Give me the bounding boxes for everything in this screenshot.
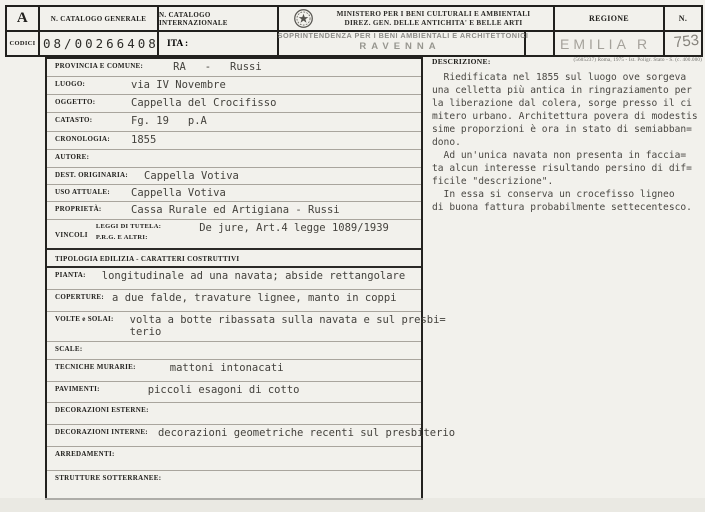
field-uso-attuale: USO ATTUALE: Cappella Votiva xyxy=(47,185,421,202)
field-label: STRUTTURE SOTTERRANEE: xyxy=(55,474,161,482)
field-label: USO ATTUALE: xyxy=(55,188,115,196)
field-arredamenti: ARREDAMENTI: xyxy=(47,447,421,471)
vincoli-sublist: LEGGI DI TUTELA: De jure, Art.4 legge 10… xyxy=(96,223,421,241)
field-label: PROPRIETÀ: xyxy=(55,205,115,213)
ministry-header: MINISTERO PER I BENI CULTURALI E AMBIENT… xyxy=(277,5,555,32)
field-label: VOLTE e SOLAI: xyxy=(55,315,114,323)
description-label: DESCRIZIONE: xyxy=(432,57,702,66)
field-luogo: LUOGO: via IV Novembre xyxy=(47,77,421,95)
field-pavimenti: PAVIMENTI: piccoli esagoni di cotto xyxy=(47,382,421,404)
field-value: Fg. 19 p.A xyxy=(131,115,207,127)
field-label: OGGETTO: xyxy=(55,98,115,106)
field-label: ARREDAMENTI: xyxy=(55,450,115,458)
regione-label: REGIONE xyxy=(553,5,665,32)
field-catasto: CATASTO: Fg. 19 p.A xyxy=(47,113,421,132)
field-label: DEST. ORIGINARIA: xyxy=(55,171,128,179)
field-label: DECORAZIONI ESTERNE: xyxy=(55,406,149,414)
field-label: AUTORE: xyxy=(55,153,115,161)
field-label: PIANTA: xyxy=(55,271,86,279)
numero-handwritten-value: 753 xyxy=(673,32,700,52)
field-value: volta a botte ribassata sulla navata e s… xyxy=(130,314,446,338)
field-value: mattoni intonacati xyxy=(170,362,284,374)
form-fields-column: PROVINCIA E COMUNE: RA - Russi LUOGO: vi… xyxy=(45,57,423,500)
field-value: Cappella Votiva xyxy=(131,187,226,199)
field-proprieta: PROPRIETÀ: Cassa Rurale ed Artigiana - R… xyxy=(47,202,421,220)
field-tecniche-murarie: TECNICHE MURARIE: mattoni intonacati xyxy=(47,360,421,382)
catalogo-internazionale-value: ITA : xyxy=(157,30,279,57)
catalogo-generale-label: N. CATALOGO GENERALE xyxy=(38,5,159,32)
field-label: TECNICHE MURARIE: xyxy=(55,363,136,371)
catalog-card: A CODICI N. CATALOGO GENERALE 08/0026640… xyxy=(0,0,705,512)
field-label: CATASTO: xyxy=(55,116,115,124)
field-volte-e-solai: VOLTE e SOLAI: volta a botte ribassata s… xyxy=(47,312,421,342)
field-strutture-sotterranee: STRUTTURE SOTTERRANEE: xyxy=(47,471,421,500)
field-decorazioni-interne: DECORAZIONI INTERNE: decorazioni geometr… xyxy=(47,425,421,447)
field-label: PAVIMENTI: xyxy=(55,385,100,393)
field-value: 1855 xyxy=(131,134,156,146)
field-vincoli: VINCOLI LEGGI DI TUTELA: De jure, Art.4 … xyxy=(47,220,421,250)
field-label: COPERTURE: xyxy=(55,293,104,301)
soprintendenza-stamp-city: RAVENNA xyxy=(300,41,500,52)
vincoli-label: VINCOLI xyxy=(55,231,88,239)
field-label: DECORAZIONI INTERNE: xyxy=(55,428,148,436)
description-paragraph-2: Ad un'unica navata non presenta in facci… xyxy=(432,149,702,188)
codici-label: CODICI xyxy=(5,30,40,57)
field-provincia-e-comune: PROVINCIA E COMUNE: RA - Russi xyxy=(47,59,421,77)
field-label: CRONOLOGIA: xyxy=(55,135,115,143)
field-value: Cappella Votiva xyxy=(144,170,239,182)
ministry-line1: MINISTERO PER I BENI CULTURALI E AMBIENT… xyxy=(320,10,547,19)
field-value: Cappella del Crocifisso xyxy=(131,97,276,109)
field-autore: AUTORE: xyxy=(47,150,421,168)
field-label: PROVINCIA E COMUNE: xyxy=(55,62,143,70)
field-value: a due falde, travature lignee, manto in … xyxy=(112,292,396,304)
field-decorazioni-esterne: DECORAZIONI ESTERNE: xyxy=(47,403,421,425)
field-value: Cassa Rurale ed Artigiana - Russi xyxy=(131,204,340,216)
numero-label: N. xyxy=(663,5,703,32)
field-label: SCALE: xyxy=(55,345,82,353)
ministry-line2: DIREZ. GEN. DELLE ANTICHITA' E BELLE ART… xyxy=(320,19,547,28)
description-column: DESCRIZIONE: Riedificata nel 1855 sul lu… xyxy=(432,57,702,214)
ministry-title: MINISTERO PER I BENI CULTURALI E AMBIENT… xyxy=(320,10,553,28)
field-oggetto: OGGETTO: Cappella del Crocifisso xyxy=(47,95,421,113)
italy-emblem-icon xyxy=(293,8,314,29)
regione-handwritten-value: EMILIA R xyxy=(560,36,660,52)
vincoli-prg-e-altri: P.R.G. E ALTRI: xyxy=(96,234,421,241)
field-value: longitudinale ad una navata; abside rett… xyxy=(102,270,405,282)
section-header-label: TIPOLOGIA EDILIZIA - CARATTERI COSTRUTTI… xyxy=(55,255,239,263)
field-value: De jure, Art.4 legge 1089/1939 xyxy=(199,222,389,234)
field-label: P.R.G. E ALTRI: xyxy=(96,234,148,241)
soprintendenza-stamp: SOPRINTENDENZA PER I BENI AMBIENTALI E A… xyxy=(277,31,529,40)
field-scale: SCALE: xyxy=(47,342,421,360)
field-value: RA - Russi xyxy=(173,61,262,73)
description-paragraph-1: Riedificata nel 1855 sul luogo ove sorge… xyxy=(432,71,702,149)
field-label: LUOGO: xyxy=(55,80,115,88)
field-dest-originaria: DEST. ORIGINARIA: Cappella Votiva xyxy=(47,168,421,186)
description-paragraph-3: In essa si conserva un crocefisso ligneo… xyxy=(432,188,702,214)
field-pianta: PIANTA: longitudinale ad una navata; abs… xyxy=(47,268,421,290)
field-cronologia: CRONOLOGIA: 1855 xyxy=(47,132,421,150)
field-label: LEGGI DI TUTELA: xyxy=(96,223,161,230)
section-tipologia-edilizia: TIPOLOGIA EDILIZIA - CARATTERI COSTRUTTI… xyxy=(47,250,421,268)
catalogo-internazionale-label: N. CATALOGO INTERNAZIONALE xyxy=(157,5,279,32)
field-value: piccoli esagoni di cotto xyxy=(148,384,300,396)
field-value: via IV Novembre xyxy=(131,79,226,91)
card-type-letter: A xyxy=(5,5,40,32)
field-value: decorazioni geometriche recenti sul pres… xyxy=(158,427,455,439)
catalogo-generale-number: 08/00266408 xyxy=(38,30,159,57)
vincoli-leggi-di-tutela: LEGGI DI TUTELA: De jure, Art.4 legge 10… xyxy=(96,223,421,234)
field-coperture: COPERTURE: a due falde, travature lignee… xyxy=(47,290,421,312)
